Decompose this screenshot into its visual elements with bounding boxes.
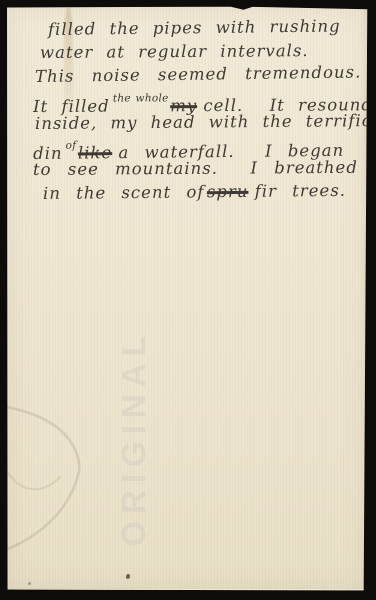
text-segment: fir trees. xyxy=(255,179,347,203)
text-segment: to see mountains. I breathed xyxy=(33,156,358,182)
ink-speck xyxy=(28,582,31,585)
interlinear-insertion: the whole xyxy=(113,87,169,111)
text-segment: in the scent of xyxy=(43,180,205,205)
manuscript-line: to see mountains. I breathed xyxy=(33,156,368,182)
manuscript-line: filled the pipes with rushing xyxy=(48,14,368,41)
watermark-emblem xyxy=(0,388,109,578)
struck-word: spru xyxy=(207,180,249,204)
watermark-text: ORIGINAL xyxy=(115,329,153,546)
photo-background: ORIGINAL filled the pipes with rushingwa… xyxy=(0,0,376,600)
manuscript-line: dinoflikea waterfall. I began xyxy=(33,131,368,158)
manuscript-line: in the scent ofsprufir trees. xyxy=(43,178,368,205)
text-segment: This noise seemed tremendous. xyxy=(35,60,362,88)
manuscript-line: This noise seemed tremendous. xyxy=(35,60,368,88)
manuscript-page: ORIGINAL filled the pipes with rushingwa… xyxy=(7,6,368,591)
interlinear-insertion: of xyxy=(65,134,76,158)
text-segment: filled the pipes with rushing xyxy=(48,14,341,41)
manuscript-line: It filledthe wholemycell. It resounded xyxy=(33,86,368,111)
handwritten-text: filled the pipes with rushingwater at re… xyxy=(7,18,368,205)
paper-bottom-edge xyxy=(7,589,368,591)
manuscript-line: inside, my head with the terrific xyxy=(35,109,368,135)
